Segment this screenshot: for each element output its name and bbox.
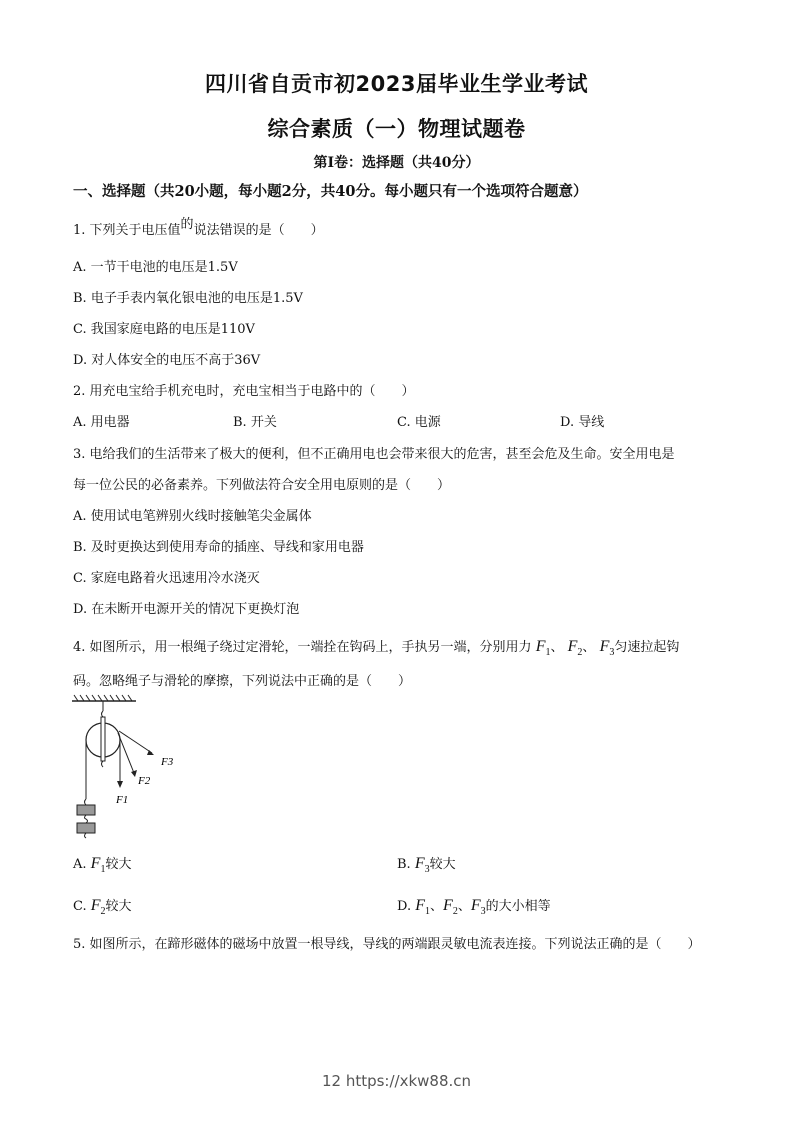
question-3-option-b: B. 及时更换达到使用寿命的插座、导线和家用电器 bbox=[73, 536, 364, 555]
question-2-option-a: A. 用电器 bbox=[73, 411, 130, 430]
part-title: 第I卷：选择题（共40分） bbox=[0, 152, 793, 172]
question-3-option-c: C. 家庭电路着火迅速用冷水浇灭 bbox=[73, 567, 260, 586]
separator: 、 bbox=[550, 640, 563, 655]
question-1-stem: 1. 下列关于电压值的说法错误的是（ ） bbox=[73, 219, 324, 238]
question-3-stem-line2: 每一位公民的必备素养。下列做法符合安全用电原则的是（ ） bbox=[73, 474, 450, 493]
separator: 、 bbox=[582, 640, 595, 655]
question-1-option-b: B. 电子手表内氧化银电池的电压是1.5V bbox=[73, 287, 303, 306]
exam-subtitle: 综合素质（一）物理试题卷 bbox=[0, 113, 793, 143]
question-2-stem: 2. 用充电宝给手机充电时，充电宝相当于电路中的（ ） bbox=[73, 380, 415, 399]
question-4-stem-line2: 码。忽略绳子与滑轮的摩擦，下列说法中正确的是（ ） bbox=[73, 670, 411, 689]
exam-title: 四川省自贡市初2023届毕业生学业考试 bbox=[0, 68, 793, 98]
figure-label-f2: F2 bbox=[137, 775, 151, 787]
force-f3: F3 bbox=[600, 638, 615, 655]
figure-label-f3: F3 bbox=[160, 756, 174, 768]
question-3-option-a: A. 使用试电笔辨别火线时接触笔尖金属体 bbox=[73, 505, 312, 524]
stem-text: 匀速拉起钩 bbox=[614, 640, 679, 655]
force-f1: F1 bbox=[536, 638, 551, 655]
question-4-option-b: B. F3较大 bbox=[397, 853, 456, 875]
question-2-option-d: D. 导线 bbox=[560, 411, 604, 430]
question-4-option-d: D. F1、F2、F3的大小相等 bbox=[397, 895, 551, 917]
force-f2: F2 bbox=[568, 638, 583, 655]
page-footer: 12 https://xkw88.cn bbox=[0, 1072, 793, 1090]
question-4-stem-line1: 4. 如图所示，用一根绳子绕过定滑轮，一端拴在钩码上，手执另一端，分别用力 F1… bbox=[73, 636, 679, 658]
stem-text: 4. 如图所示，用一根绳子绕过定滑轮，一端拴在钩码上，手执另一端，分别用力 bbox=[73, 640, 532, 655]
question-4-option-c: C. F2较大 bbox=[73, 895, 132, 917]
pulley-figure: F3 F2 F1 bbox=[68, 693, 178, 843]
question-3-stem-line1: 3. 电给我们的生活带来了极大的便利，但不正确用电也会带来很大的危害，甚至会危及… bbox=[73, 443, 675, 462]
stem-text: 1. 下列关于电压值 bbox=[73, 223, 181, 238]
question-1-option-d: D. 对人体安全的电压不高于36V bbox=[73, 349, 260, 368]
question-4-option-a: A. F1较大 bbox=[73, 853, 131, 875]
question-2-option-c: C. 电源 bbox=[397, 411, 441, 430]
question-1-option-a: A. 一节干电池的电压是1.5V bbox=[73, 256, 238, 275]
question-2-option-b: B. 开关 bbox=[233, 411, 277, 430]
stem-text: 说法错误的是（ ） bbox=[194, 223, 324, 238]
question-1-option-c: C. 我国家庭电路的电压是110V bbox=[73, 318, 255, 337]
question-5-stem: 5. 如图所示，在蹄形磁体的磁场中放置一根导线，导线的两端跟灵敏电流表连接。下列… bbox=[73, 933, 701, 952]
figure-label-f1: F1 bbox=[115, 794, 128, 806]
question-3-option-d: D. 在未断开电源开关的情况下更换灯泡 bbox=[73, 598, 299, 617]
section-title: 一、选择题（共20小题，每小题2分，共40分。每小题只有一个选项符合题意） bbox=[73, 180, 587, 201]
stem-superscript: 的 bbox=[181, 217, 194, 232]
